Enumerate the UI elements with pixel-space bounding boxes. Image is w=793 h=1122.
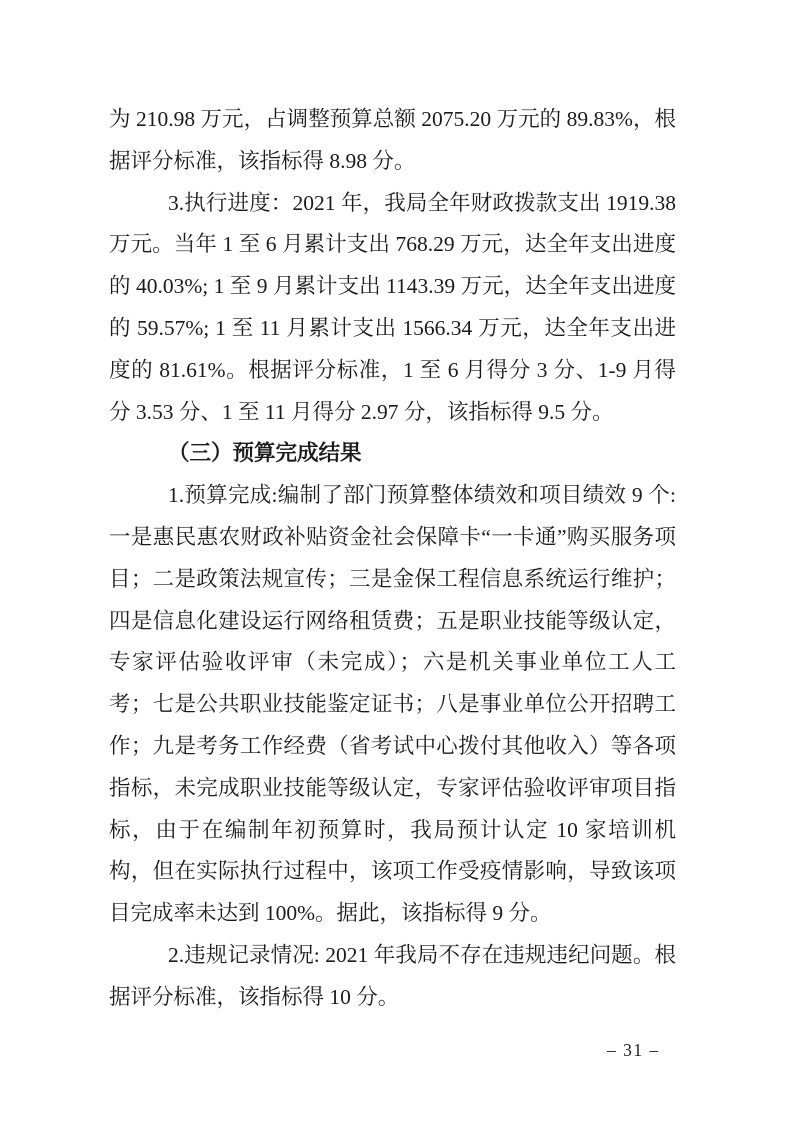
footer-page-number: – 31 – bbox=[607, 1038, 660, 1062]
heading-budget-completion-results: （三）预算完成结果 bbox=[109, 433, 676, 475]
paragraph-budget-completion: 1.预算完成:编制了部门预算整体绩效和项目绩效 9 个:一是惠民惠农财政补贴资金… bbox=[109, 475, 676, 935]
paragraph-execution-progress: 3.执行进度：2021 年，我局全年财政拨款支出 1919.38 万元。当年 1… bbox=[109, 183, 676, 434]
paragraph-violation-record: 2.违规记录情况: 2021 年我局不存在违规违纪问题。根据评分标准，该指标得 … bbox=[109, 935, 676, 1019]
document-text-block: 为 210.98 万元，占调整预算总额 2075.20 万元的 89.83%，根… bbox=[109, 99, 676, 1019]
paragraph-budget-adjustment-continuation: 为 210.98 万元，占调整预算总额 2075.20 万元的 89.83%，根… bbox=[109, 99, 676, 183]
document-page: 为 210.98 万元，占调整预算总额 2075.20 万元的 89.83%，根… bbox=[0, 0, 793, 1122]
